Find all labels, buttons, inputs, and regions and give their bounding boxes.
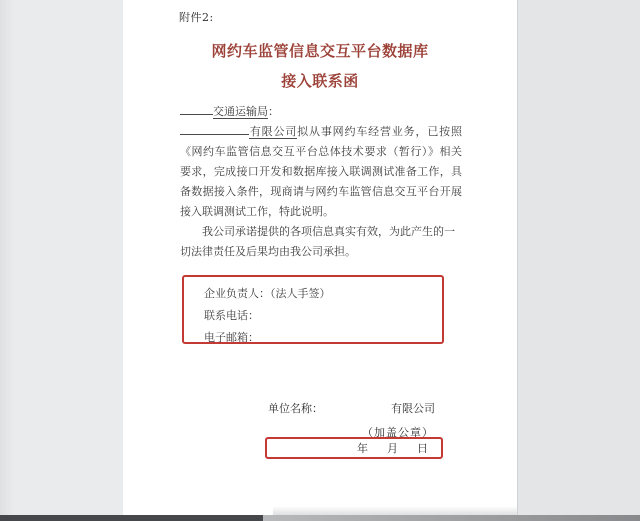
- company-suffix: 有限公司: [249, 125, 297, 139]
- body-line-7: 我公司承诺提供的各项信息真实有效，为此产生的一: [180, 222, 462, 242]
- unit-name-label: 单位名称：: [268, 402, 323, 415]
- document-viewer: 附件2: 网约车监管信息交互平台数据库 接入联系函 交通运输局： 有限公司拟从事…: [0, 0, 640, 521]
- blank-underline: [180, 122, 249, 135]
- body-line-2: 有限公司拟从事网约车经营业务，已按照: [180, 122, 462, 142]
- body-line-2-text: 拟从事网约车经营业务，已按照: [297, 125, 462, 138]
- blank-underline: [180, 102, 213, 115]
- contact-info-highlight-box: 企业负责人：（法人手签） 联系电话： 电子邮箱：: [182, 275, 444, 344]
- viewer-left-margin: [0, 0, 123, 515]
- salutation-text: 交通运输局: [213, 105, 268, 119]
- responsible-person-label: 企业负责人：（法人手签）: [204, 283, 442, 305]
- document-page: 附件2: 网约车监管信息交互平台数据库 接入联系函 交通运输局： 有限公司拟从事…: [123, 0, 517, 515]
- body-line-4: 要求，完成接口开发和数据库接入联调测试准备工作，具: [180, 162, 462, 182]
- body-line-6: 接入联调测试工作，特此说明。: [180, 202, 462, 222]
- body-line-3: 《网约车监管信息交互平台总体技术要求（暂行）》相关: [180, 142, 462, 162]
- date-year-label: 年: [357, 440, 368, 456]
- phone-label: 联系电话：: [204, 305, 442, 327]
- salutation-colon: ：: [268, 105, 279, 118]
- viewer-right-margin: [517, 0, 640, 515]
- date-month-label: 月: [387, 440, 398, 456]
- unit-name-line: 单位名称：有限公司: [268, 400, 435, 416]
- viewer-bottom-bar-light: [263, 515, 640, 521]
- date-highlight-box: 年 月 日: [265, 437, 443, 459]
- page-bottom-shadow: [273, 506, 517, 515]
- body-line-8: 切法律责任及后果均由我公司承担。: [180, 242, 462, 262]
- email-label: 电子邮箱：: [204, 327, 442, 349]
- document-title-line2: 接入联系函: [123, 70, 517, 91]
- date-day-label: 日: [417, 440, 428, 456]
- unit-name-value: 有限公司: [391, 402, 435, 415]
- document-title-line1: 网约车监管信息交互平台数据库: [123, 40, 517, 61]
- document-body: 交通运输局： 有限公司拟从事网约车经营业务，已按照 《网约车监管信息交互平台总体…: [180, 102, 462, 262]
- body-line-salutation: 交通运输局：: [180, 102, 462, 122]
- attachment-label: 附件2:: [179, 9, 214, 25]
- body-line-5: 备数据接入条件，现商请与网约车监管信息交互平台开展: [180, 182, 462, 202]
- viewer-bottom-bar-dark: [0, 515, 263, 521]
